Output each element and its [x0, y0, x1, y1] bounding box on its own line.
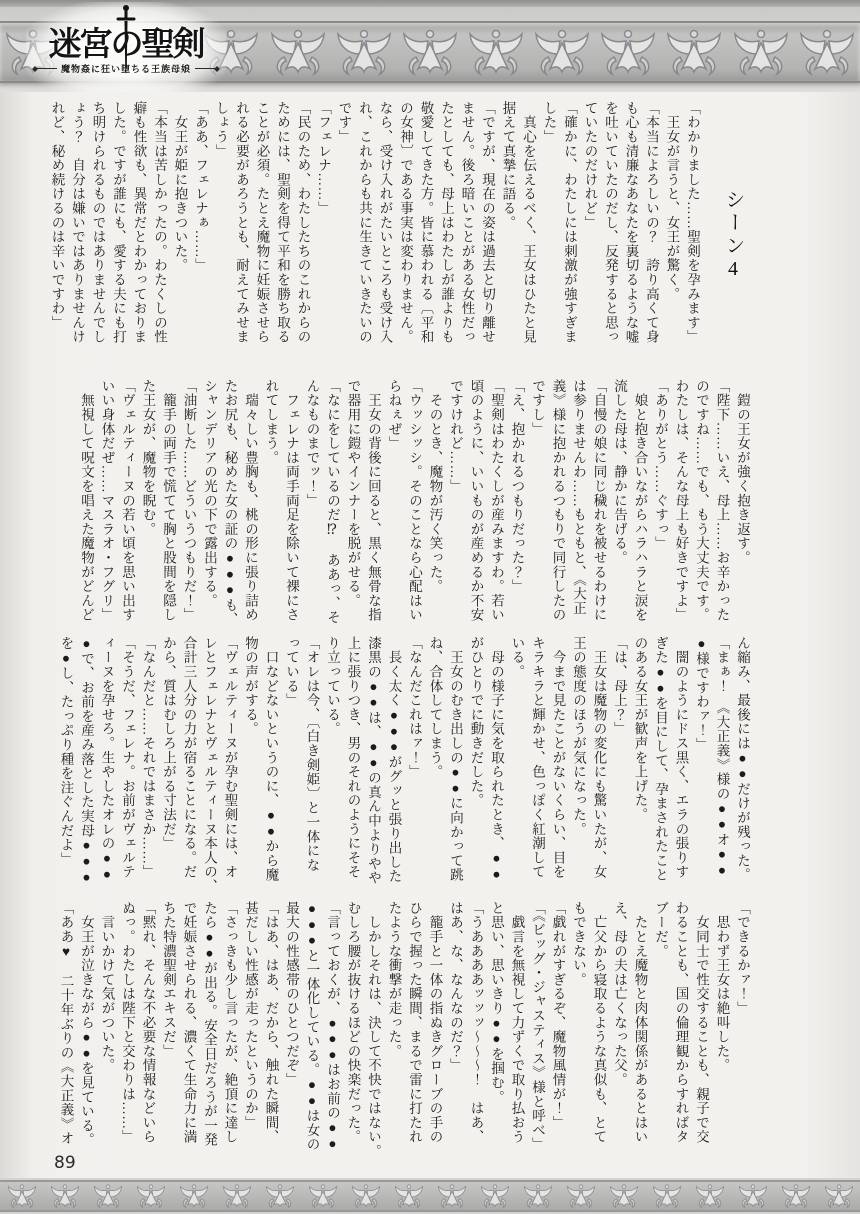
floral-ornament-icon [646, 1183, 688, 1209]
floral-ornament-icon [332, 27, 396, 77]
sword-icon [116, 4, 137, 82]
floral-ornament-icon [398, 27, 462, 77]
floral-ornament-icon [775, 1183, 817, 1209]
floral-ornament-icon [130, 1183, 172, 1209]
scene-heading: シーン4 [714, 101, 752, 381]
floral-ornament-icon [87, 1183, 129, 1209]
page-number: 89 [54, 1153, 76, 1173]
bottom-border [0, 1178, 860, 1214]
text-columns-band-2: 鎧の王女が強く抱き返す。 「陛下……いえ、母上……お辛かった のですね……でも、… [76, 379, 753, 639]
subtitle-left-rule [34, 68, 57, 69]
floral-ornament-icon [464, 27, 528, 77]
floral-ornament-icon [345, 1183, 387, 1209]
text-band-4: 「できるかァ！」 思わず王女は絶叫した。 女同士で性交することも、親子で交 わる… [55, 901, 752, 1181]
floral-ornament-icon [474, 1183, 516, 1209]
floral-ornament-icon [732, 1183, 774, 1209]
text-columns-band-4: 「できるかァ！」 思わず王女は絶叫した。 女同士で性交することも、親子で交 わる… [55, 901, 752, 1181]
floral-ornament-icon [689, 1183, 731, 1209]
book-page: 迷宮の聖剣 魔物姦に狂い堕ちる王族母娘 シーン4 「わかりました……聖剣を孕みま… [0, 0, 860, 1214]
floral-ornament-icon [517, 1183, 559, 1209]
subtitle-right-rule [195, 68, 218, 69]
floral-ornament-icon [1, 1183, 43, 1209]
floral-ornament-icon [795, 27, 859, 77]
floral-ornament-icon [216, 1183, 258, 1209]
floral-ornament-icon [603, 1183, 645, 1209]
floral-ornament-icon [302, 1183, 344, 1209]
text-band-2: 鎧の王女が強く抱き返す。 「陛下……いえ、母上……お辛かった のですね……でも、… [76, 379, 753, 639]
text-columns-band-1: 「わかりました……聖剣を孕みます」 王女が言うと、女王が驚く。 「本当によろしい… [46, 101, 702, 381]
floral-ornament-icon [596, 27, 660, 77]
book-logo: 迷宮の聖剣 魔物姦に狂い堕ちる王族母娘 [26, 2, 226, 92]
text-band-3: ん縮み、最後には●●だけが残った。 「まぁ！ 《大正義》様の●●オ●● ●様です… [55, 636, 752, 908]
floral-ornament-icon [560, 1183, 602, 1209]
text-columns-band-3: ん縮み、最後には●●だけが残った。 「まぁ！ 《大正義》様の●●オ●● ●様です… [55, 636, 752, 908]
floral-ornament-icon [530, 27, 594, 77]
floral-ornament-icon [729, 27, 793, 77]
floral-ornament-icon [431, 1183, 473, 1209]
floral-ornament-icon [44, 1183, 86, 1209]
floral-ornament-icon [173, 1183, 215, 1209]
text-band-1: シーン4 「わかりました……聖剣を孕みます」 王女が言うと、女王が驚く。 「本当… [46, 101, 752, 381]
floral-ornament-icon [388, 1183, 430, 1209]
floral-ornament-icon [662, 27, 726, 77]
floral-ornament-icon [259, 1183, 301, 1209]
ornament-border-bottom [0, 1180, 860, 1212]
floral-ornament-icon [818, 1183, 860, 1209]
floral-ornament-icon [266, 27, 330, 77]
